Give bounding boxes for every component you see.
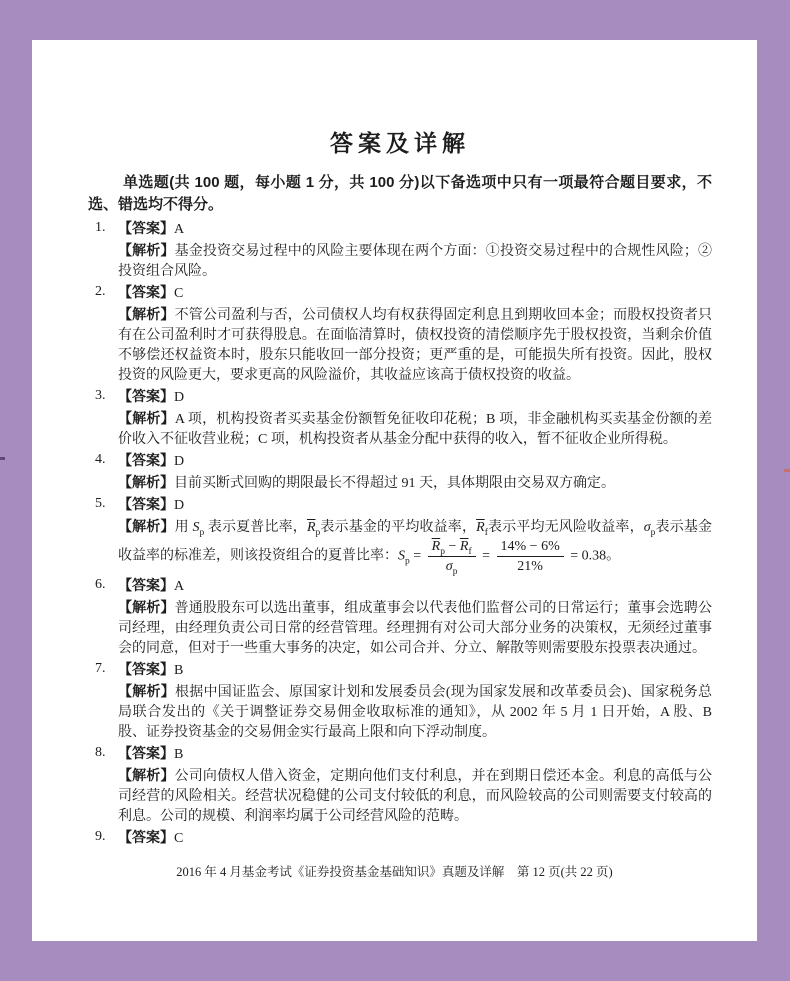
minus-sign: −: [445, 539, 460, 554]
math-var: σ: [644, 520, 651, 535]
formula-text: 表示基金的平均收益率，: [320, 520, 476, 535]
math-var-overline: R: [476, 520, 485, 535]
answer-item: 3. 【答案】D 【解析】A 项，机构投资者买卖基金份额暂免征收印花税；B 项，…: [95, 386, 712, 450]
answer-item: 1. 【答案】A 【解析】基金投资交易过程中的风险主要体现在两个方面：①投资交易…: [95, 218, 712, 282]
answer-item: 6. 【答案】A 【解析】普通股股东可以选出董事，组成董事会以代表他们监督公司的…: [95, 575, 712, 659]
answer-value: C: [174, 286, 183, 301]
analysis-line: 【解析】用 Sp 表示夏普比率，Rp表示基金的平均收益率，Rf表示平均无风险收益…: [118, 516, 712, 575]
item-body: 【答案】C 【解析】不管公司盈利与否，公司债权人均有权获得固定利息且到期收回本金…: [118, 282, 712, 386]
item-number: 3.: [95, 386, 118, 450]
analysis-text: 公司向债权人借入资金，定期向他们支付利息，并在到期日偿还本金。利息的高低与公司经…: [118, 769, 712, 824]
item-body: 【答案】D 【解析】用 Sp 表示夏普比率，Rp表示基金的平均收益率，Rf表示平…: [118, 494, 712, 575]
item-body: 【答案】D 【解析】A 项，机构投资者买卖基金份额暂免征收印花税；B 项，非金融…: [118, 386, 712, 450]
answer-label: 【答案】: [118, 577, 174, 593]
math-var-overline: R: [307, 520, 316, 535]
fraction-denominator: 21%: [497, 557, 564, 575]
answer-value: D: [174, 390, 184, 405]
scan-edge-mark-left: [0, 457, 5, 460]
item-body: 【答案】B 【解析】根据中国证监会、原国家计划和发展委员会(现为国家发展和改革委…: [118, 659, 712, 743]
item-number: 2.: [95, 282, 118, 386]
answer-label: 【答案】: [118, 220, 174, 236]
analysis-text: 目前买断式回购的期限最长不得超过 91 天，具体期限由交易双方确定。: [174, 476, 615, 491]
analysis-label: 【解析】: [118, 683, 175, 699]
analysis-label: 【解析】: [118, 306, 175, 322]
analysis-text: A 项，机构投资者买卖基金份额暂免征收印花税；B 项，非金融机构买卖基金份额的差…: [118, 412, 712, 447]
answer-value: D: [174, 454, 184, 469]
analysis-label: 【解析】: [118, 242, 175, 258]
answer-label: 【答案】: [118, 388, 174, 404]
item-body: 【答案】B 【解析】公司向债权人借入资金，定期向他们支付利息，并在到期日偿还本金…: [118, 743, 712, 827]
analysis-label: 【解析】: [118, 474, 174, 490]
fraction-numerator: Rp − Rf: [428, 538, 476, 557]
analysis-text: 普通股股东可以选出董事，组成董事会以代表他们监督公司的日常运行；董事会选聘公司经…: [118, 601, 712, 656]
math-var-overline: R: [432, 539, 441, 554]
answer-value: B: [174, 663, 183, 678]
answer-item: 9. 【答案】C: [95, 827, 712, 849]
answer-label: 【答案】: [118, 829, 174, 845]
answer-line: 【答案】A: [118, 218, 712, 240]
answer-value: A: [174, 222, 184, 237]
formula-text: 用: [175, 520, 193, 535]
formula-result: = 0.38。: [567, 549, 620, 564]
item-number: 6.: [95, 575, 118, 659]
answer-item: 2. 【答案】C 【解析】不管公司盈利与否，公司债权人均有权获得固定利息且到期收…: [95, 282, 712, 386]
answer-label: 【答案】: [118, 496, 174, 512]
answer-line: 【答案】C: [118, 282, 712, 304]
formula-text: 表示平均无风险收益率，: [488, 520, 644, 535]
page-title: 答案及详解: [88, 128, 712, 158]
item-number: 8.: [95, 743, 118, 827]
math-var: σ: [446, 559, 453, 574]
answer-line: 【答案】D: [118, 386, 712, 408]
math-var: S: [398, 549, 405, 564]
fraction: 14% − 6%21%: [497, 538, 564, 575]
page-footer: 2016 年 4 月基金考试《证券投资基金基础知识》真题及详解 第 12 页(共…: [32, 864, 757, 880]
intro-paragraph: 单选题(共 100 题，每小题 1 分，共 100 分)以下备选项中只有一项最符…: [88, 172, 712, 216]
answer-value: C: [174, 831, 183, 846]
equals-sign: =: [410, 549, 425, 564]
item-body: 【答案】A 【解析】基金投资交易过程中的风险主要体现在两个方面：①投资交易过程中…: [118, 218, 712, 282]
answer-label: 【答案】: [118, 284, 174, 300]
analysis-line: 【解析】基金投资交易过程中的风险主要体现在两个方面：①投资交易过程中的合规性风险…: [118, 240, 712, 282]
analysis-text: 根据中国证监会、原国家计划和发展委员会(现为国家发展和改革委员会)、国家税务总局…: [118, 685, 712, 740]
item-body: 【答案】D 【解析】目前买断式回购的期限最长不得超过 91 天，具体期限由交易双…: [118, 450, 712, 494]
analysis-label: 【解析】: [118, 767, 175, 783]
item-number: 4.: [95, 450, 118, 494]
formula-text: 表示夏普比率，: [204, 520, 307, 535]
analysis-line: 【解析】不管公司盈利与否，公司债权人均有权获得固定利息且到期收回本金；而股权投资…: [118, 304, 712, 386]
answer-item: 5. 【答案】D 【解析】用 Sp 表示夏普比率，Rp表示基金的平均收益率，Rf…: [95, 494, 712, 575]
answer-value: A: [174, 579, 184, 594]
analysis-line: 【解析】公司向债权人借入资金，定期向他们支付利息，并在到期日偿还本金。利息的高低…: [118, 765, 712, 827]
document-page: 答案及详解 单选题(共 100 题，每小题 1 分，共 100 分)以下备选项中…: [32, 40, 757, 941]
answer-line: 【答案】B: [118, 659, 712, 681]
item-body: 【答案】A 【解析】普通股股东可以选出董事，组成董事会以代表他们监督公司的日常运…: [118, 575, 712, 659]
answer-line: 【答案】B: [118, 743, 712, 765]
answer-label: 【答案】: [118, 661, 174, 677]
scanned-document-background: { "page": { "title": "答案及详解", "intro": "…: [0, 0, 790, 981]
scan-edge-mark-right: [784, 469, 790, 472]
answer-label: 【答案】: [118, 452, 174, 468]
item-number: 9.: [95, 827, 118, 849]
analysis-line: 【解析】A 项，机构投资者买卖基金份额暂免征收印花税；B 项，非金融机构买卖基金…: [118, 408, 712, 450]
item-number: 5.: [95, 494, 118, 575]
answer-line: 【答案】D: [118, 494, 712, 516]
answer-label: 【答案】: [118, 745, 174, 761]
item-body: 【答案】C: [118, 827, 712, 849]
item-number: 1.: [95, 218, 118, 282]
analysis-line: 【解析】目前买断式回购的期限最长不得超过 91 天，具体期限由交易双方确定。: [118, 472, 712, 494]
answer-line: 【答案】C: [118, 827, 712, 849]
fraction: Rp − Rfσp: [428, 538, 476, 575]
answer-line: 【答案】A: [118, 575, 712, 597]
analysis-text: 不管公司盈利与否，公司债权人均有权获得固定利息且到期收回本金；而股权投资者只有在…: [118, 308, 712, 383]
analysis-label: 【解析】: [118, 599, 175, 615]
analysis-line: 【解析】根据中国证监会、原国家计划和发展委员会(现为国家发展和改革委员会)、国家…: [118, 681, 712, 743]
equals-sign: =: [479, 549, 494, 564]
item-number: 7.: [95, 659, 118, 743]
answer-item: 4. 【答案】D 【解析】目前买断式回购的期限最长不得超过 91 天，具体期限由…: [95, 450, 712, 494]
answer-item: 7. 【答案】B 【解析】根据中国证监会、原国家计划和发展委员会(现为国家发展和…: [95, 659, 712, 743]
fraction-denominator: σp: [428, 557, 476, 575]
answer-line: 【答案】D: [118, 450, 712, 472]
analysis-label: 【解析】: [118, 518, 175, 534]
analysis-label: 【解析】: [118, 410, 175, 426]
answer-value: D: [174, 498, 184, 513]
answer-item: 8. 【答案】B 【解析】公司向债权人借入资金，定期向他们支付利息，并在到期日偿…: [95, 743, 712, 827]
answer-value: B: [174, 747, 183, 762]
page-content: 答案及详解 单选题(共 100 题，每小题 1 分，共 100 分)以下备选项中…: [88, 40, 712, 849]
analysis-text: 基金投资交易过程中的风险主要体现在两个方面：①投资交易过程中的合规性风险；②投资…: [118, 244, 712, 279]
fraction-numerator: 14% − 6%: [497, 538, 564, 557]
math-subscript: f: [468, 547, 471, 557]
analysis-line: 【解析】普通股股东可以选出董事，组成董事会以代表他们监督公司的日常运行；董事会选…: [118, 597, 712, 659]
